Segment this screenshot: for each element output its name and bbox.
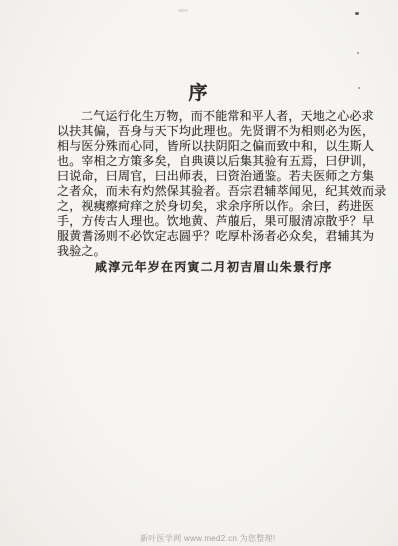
preface-title: 序 [0, 78, 398, 105]
scan-speck [355, 12, 359, 15]
body-line: 之，视痍瘵疴痒之於身切矣，求余序所以作。余曰，药进医 [57, 199, 347, 214]
body-line: 服黄耆汤则不必饮定志圆乎？吃厚朴汤者必众矣，君辅其为 [57, 229, 347, 244]
site-watermark: 新叶医学网 www.med2.cn 为您整理! [140, 533, 275, 544]
body-line: 之者众，而未有灼然保其验者。吾宗君辅萃闻见，纪其效而录 [57, 184, 347, 199]
body-line: 相与医分殊而心同，皆所以扶阴阳之偏而致中和，以生斯人 [57, 139, 347, 154]
body-line: 以扶其偏，吾身与天下均此理也。先贤谓不为相则必为医， [57, 124, 347, 139]
body-line: 曰说命，曰周官，曰出师表，曰资治通鉴。若夫医师之方集 [57, 169, 347, 184]
body-line: 二气运行化生万物，而不能常和平人者，天地之心必求 [57, 109, 347, 124]
preface-body: 二气运行化生万物，而不能常和平人者，天地之心必求 以扶其偏，吾身与天下均此理也。… [57, 109, 347, 259]
author-signature-line: 咸淳元年岁在丙寅二月初吉眉山朱景行序 [95, 258, 333, 275]
body-line: 我验之。 [57, 244, 347, 259]
scan-speck [357, 52, 359, 54]
body-line: 也。宰相之方策多矣，自典谟以后集其验有五焉，曰伊训， [57, 154, 347, 169]
scanned-page: 序 二气运行化生万物，而不能常和平人者，天地之心必求 以扶其偏，吾身与天下均此理… [0, 0, 398, 546]
scan-smudge [178, 9, 188, 12]
body-line: 手，方传古人理也。饮地黄、芦菔后，果可服清凉散乎？早 [57, 214, 347, 229]
